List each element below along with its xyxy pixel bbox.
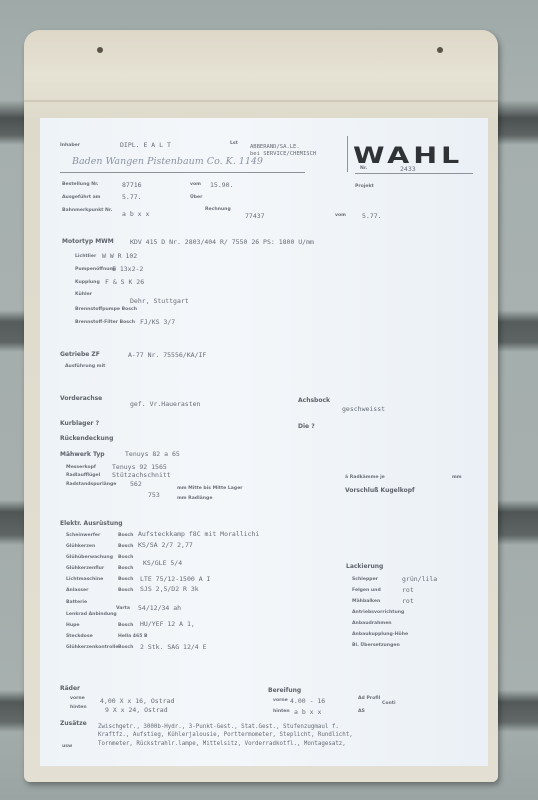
motor-value: KDV 415 D Nr. 2803/404 R/ 7550 26 PS: 18… bbox=[130, 239, 314, 245]
electrics-row-value: 54/12/34 ah bbox=[138, 605, 181, 611]
electrics-row-label: Glühkerzen bbox=[66, 544, 95, 550]
electrics-row-value: KS/GLE 5/4 bbox=[143, 560, 182, 566]
mounting-hole-left bbox=[97, 47, 103, 53]
electrics-row-label: Glühkerzenkontrolle bbox=[66, 645, 119, 651]
vehicle-data-card: Inhaber DIPL. E A L T Lst ABBERAND/SA.LE… bbox=[40, 118, 488, 766]
tyres-row-value: 4.00 - 16 bbox=[290, 698, 325, 704]
motor-row-label: Lichtlier bbox=[75, 254, 96, 260]
handwritten-name: Baden Wangen Pistenbaum Co. K. 1149 bbox=[72, 159, 263, 165]
paint-row-label: Bl. Übersetzungen bbox=[352, 643, 400, 649]
motor-row-label: Brennstoff-Filter Bosch bbox=[75, 320, 135, 326]
mower-label: Mähwerk Typ bbox=[60, 452, 105, 458]
paint-row-label: Mähbalken bbox=[352, 599, 380, 605]
motor-row-value: F 13x2-2 bbox=[112, 266, 143, 272]
electrics-row-value: KS/SA 2/7 2,77 bbox=[138, 542, 193, 548]
axle-block-label: Achsbock bbox=[298, 398, 330, 404]
electrics-row-maker: Bosch bbox=[118, 588, 133, 594]
motor-row-label: Kupplung bbox=[75, 280, 100, 286]
motor-row-value: F & S K 26 bbox=[105, 279, 144, 285]
header-divider bbox=[347, 136, 348, 172]
motor-row-label: Pumpenöffnung bbox=[75, 267, 116, 273]
extras-line: Kraftfz., Aufstieg, Kühlerjalousie, Port… bbox=[98, 732, 353, 738]
paint-row-label: Felgen und bbox=[352, 588, 381, 594]
electrics-row-maker: Bosch bbox=[118, 623, 133, 629]
paint-row-label: Schlepper bbox=[352, 577, 378, 583]
mower-right-unit: mm bbox=[452, 475, 462, 481]
order-value: 87716 bbox=[122, 182, 142, 188]
mower-value: Tenuys 82 a 65 bbox=[125, 451, 180, 457]
tyres-row-label: vorne bbox=[273, 698, 288, 704]
owner-value: DIPL. E A L T bbox=[120, 142, 171, 148]
mower-right-title: Vorschluß Kugelkopf bbox=[345, 488, 415, 494]
wheels-row-value: 4,00 X x 16, Ostrad bbox=[100, 698, 174, 704]
executed-value: 5.77. bbox=[122, 194, 142, 200]
gearbox-sub-label: Ausführung mit bbox=[65, 364, 105, 370]
mower-row-unit: mm Radlänge bbox=[177, 496, 212, 502]
electrics-row-maker: Bosch bbox=[118, 544, 133, 550]
electrics-row-maker: Bosch bbox=[118, 533, 133, 539]
mower-right-label: ä Radkämme je bbox=[345, 475, 385, 481]
gearbox-label: Getriebe ZF bbox=[60, 352, 100, 358]
extras-line: Zwischgetr., 3000b-Hydr., 3-Punkt-Gest.,… bbox=[98, 724, 339, 730]
tyres-row-note: Ad Profil bbox=[358, 696, 380, 702]
electrics-row-value: HU/YEF 12 A 1, bbox=[140, 621, 195, 627]
crank-bearing-label: Kurblager ? bbox=[60, 421, 99, 427]
mower-row-unit: mm Mitte bis Mitte Lager bbox=[177, 486, 243, 492]
wheels-row-value: 9 X x 24, Ostrad bbox=[105, 707, 168, 713]
electrics-row-maker: Bosch bbox=[118, 645, 133, 651]
electrics-row-maker: Bosch bbox=[118, 566, 133, 572]
motor-row-value: W W R 102 bbox=[102, 253, 137, 259]
paint-row-label: Antriebsvorrichtung bbox=[352, 610, 404, 616]
wheels-row-label: vorne bbox=[70, 696, 85, 702]
nr-label: Nr. bbox=[360, 166, 367, 172]
paint-label: Lackierung bbox=[346, 564, 383, 570]
rear-cover-label: Rückendeckung bbox=[60, 436, 113, 442]
motor-row-value: FJ/KS 3/7 bbox=[140, 319, 175, 325]
order-label2: vom bbox=[190, 182, 201, 188]
paint-row-value: rot bbox=[402, 598, 414, 604]
invoice-date-label: vom bbox=[335, 213, 346, 219]
sleeve-seam bbox=[24, 100, 498, 102]
motor-row-label: Kühler bbox=[75, 292, 92, 298]
nr-underline bbox=[355, 173, 473, 174]
location-label: Lst bbox=[230, 141, 238, 147]
electrics-row-value: LTE 75/12-1500 A I bbox=[140, 576, 210, 582]
electrics-row-label: Anlasser bbox=[66, 588, 88, 594]
paint-row-value: grün/lila bbox=[402, 576, 437, 582]
mark-value: a b x x bbox=[122, 211, 149, 217]
electrics-row-label: Scheinwerfer bbox=[66, 533, 100, 539]
electrics-row-label: Steckdose bbox=[66, 634, 93, 640]
electrics-row-maker: Bosch bbox=[118, 577, 133, 583]
header-underline bbox=[60, 172, 305, 173]
executed-label2: Über bbox=[190, 195, 202, 201]
axle-block-value: geschweisst bbox=[342, 406, 385, 412]
mower-row-label: Messerkopf bbox=[66, 465, 96, 471]
invoice-date-value: 5.77. bbox=[362, 213, 382, 219]
mower-row-label: Radstandspurlänge bbox=[66, 482, 116, 488]
front-axle-value: gef. Vr.Hauerasten bbox=[130, 401, 200, 407]
motor-row-value: Dehr, Stuttgart bbox=[130, 298, 189, 304]
invoice-label: Rechnung bbox=[205, 207, 231, 213]
owner-label: Inhaber bbox=[60, 143, 80, 149]
electrics-row-value: SJS 2,5/D2 R 3k bbox=[140, 586, 199, 592]
crank-bearing-label2: Die ? bbox=[298, 424, 315, 430]
paint-row-label: Anbaukupplung-Höhe bbox=[352, 632, 408, 638]
location-line1: ABBERAND/SA.LE. bbox=[250, 144, 300, 150]
tyres-row-value: a b x x bbox=[294, 709, 321, 715]
invoice-value: 77437 bbox=[245, 213, 265, 219]
mark-label: Bahnmerkpunkt Nr. bbox=[62, 208, 112, 214]
projekt-label: Projekt bbox=[355, 184, 374, 190]
tyres-label: Bereifung bbox=[268, 688, 301, 694]
extras-label2: usw bbox=[62, 744, 72, 750]
electrics-row-label: Batterie bbox=[66, 600, 87, 606]
gearbox-value: A-77 Nr. 75556/KA/IF bbox=[128, 352, 206, 358]
mower-row-value: 562 bbox=[130, 481, 142, 487]
extras-label: Zusätze bbox=[60, 721, 87, 727]
mower-row-value: Stützachschnitt bbox=[112, 472, 171, 478]
mower-row-label: Radlaufflügel bbox=[66, 473, 100, 479]
mower-row-value: 753 bbox=[148, 492, 160, 498]
electrics-row-value: 2 Stk. SAG 12/4 E bbox=[140, 644, 207, 650]
electrics-label: Elektr. Ausrüstung bbox=[60, 521, 123, 527]
executed-label: Ausgeführt am bbox=[62, 195, 100, 201]
front-axle-label: Vorderachse bbox=[60, 396, 102, 402]
electrics-row-maker: Bosch bbox=[118, 555, 133, 561]
electrics-row-label: Glühüberwachung bbox=[66, 555, 113, 561]
wheels-label: Räder bbox=[60, 686, 80, 692]
electrics-row-value: Hella 465 B bbox=[118, 634, 148, 640]
tyres-row-label: hinten bbox=[273, 709, 290, 715]
electrics-row-label: Lenkrad Anbindung bbox=[66, 612, 117, 618]
electrics-row-label: Hupe bbox=[66, 623, 80, 629]
order-value2: 15.90. bbox=[210, 182, 233, 188]
paint-row-value: rot bbox=[402, 587, 414, 593]
electrics-row-maker: Varta bbox=[116, 606, 130, 612]
mounting-hole-right bbox=[437, 47, 443, 53]
motor-label: Motortyp MWM bbox=[62, 239, 114, 245]
wheels-row-label: hinten bbox=[70, 705, 87, 711]
tyres-row-note2: Conti bbox=[382, 701, 396, 707]
order-label: Bestellung Nr. bbox=[62, 182, 98, 188]
electrics-row-label: Lichtmaschine bbox=[66, 577, 103, 583]
tyres-row-note: AS bbox=[358, 709, 365, 715]
motor-row-label: Brennstoffpumpe Bosch bbox=[75, 307, 137, 313]
nr-value: 2433 bbox=[400, 166, 416, 172]
extras-line: Tornmeter, Rückstrahlr.lampe, Mittelsitz… bbox=[98, 741, 346, 747]
electrics-row-value: Aufsteckkamp f8C mit Morallichi bbox=[138, 531, 259, 537]
electrics-row-label: Glühkerzenflur bbox=[66, 566, 104, 572]
mower-row-value: Tenuys 92 1565 bbox=[112, 464, 167, 470]
paint-row-label: Anbaudrahmen bbox=[352, 621, 392, 627]
